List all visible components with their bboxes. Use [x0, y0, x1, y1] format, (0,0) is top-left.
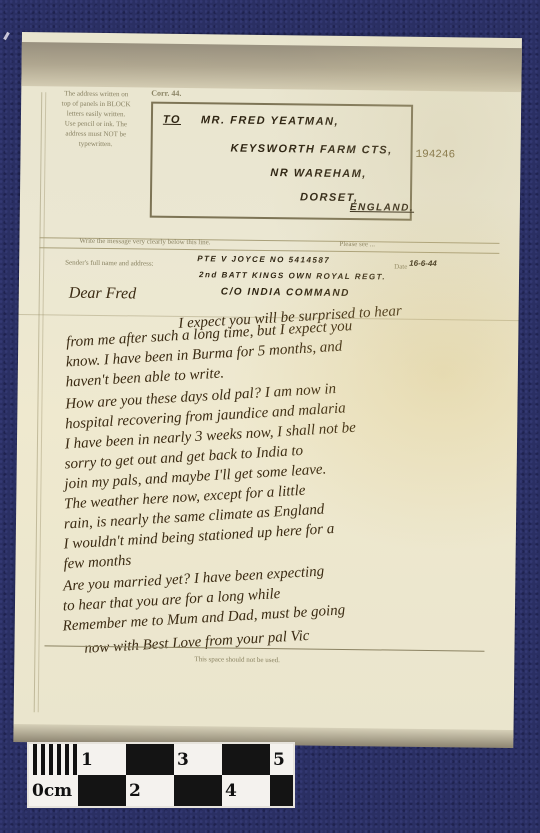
scale-label: 5 — [270, 744, 293, 775]
sender-line: 2nd BATT KINGS OWN ROYAL REGT. — [199, 270, 386, 281]
scale-block — [222, 744, 270, 775]
form-code: Corr. 44. — [151, 89, 181, 99]
address-instructions: The address written on top of panels in … — [61, 88, 132, 149]
margin-rule — [38, 92, 47, 712]
letter-line: few months — [63, 553, 132, 574]
address-line: MR. FRED YEATMAN, — [201, 114, 339, 128]
sender-line: C/O INDIA COMMAND — [221, 286, 350, 299]
sender-line: PTE V JOYCE NO 5414587 — [197, 254, 330, 265]
scale-block — [270, 775, 293, 806]
scale-bar: 1 3 5 0cm 2 4 — [27, 742, 295, 808]
letter-date: 16-6-44 — [409, 259, 437, 268]
address-line: KEYSWORTH FARM CTS, — [231, 143, 393, 157]
date-label: Date — [394, 262, 407, 272]
scale-label: 3 — [174, 744, 222, 775]
scale-block — [78, 775, 126, 806]
scale-mm-ticks — [29, 744, 78, 775]
scale-label: 4 — [222, 775, 270, 806]
felt-mark — [3, 32, 10, 40]
sender-label: Sender's full name and address: — [65, 258, 153, 269]
address-line: ENGLAND. — [350, 202, 414, 214]
address-to: TO — [163, 114, 181, 126]
photo-top-band — [21, 42, 522, 92]
scale-block — [174, 775, 222, 806]
write-below-text: Write the message very clearly below thi… — [79, 236, 210, 248]
footer-note: This space should not be used. — [194, 654, 280, 665]
please-note-text: Please see ... — [339, 239, 375, 249]
address-box: TO MR. FRED YEATMAN, KEYSWORTH FARM CTS,… — [150, 102, 413, 221]
letter-sheet: The address written on top of panels in … — [13, 32, 522, 738]
scale-block — [126, 744, 174, 775]
scale-label: 2 — [126, 775, 174, 806]
greeting: Dear Fred — [69, 285, 137, 304]
serial-number: 194246 — [415, 149, 455, 161]
address-line: NR WAREHAM, — [270, 167, 367, 180]
scale-label: 1 — [78, 744, 126, 775]
scale-label: 0cm — [29, 775, 78, 806]
